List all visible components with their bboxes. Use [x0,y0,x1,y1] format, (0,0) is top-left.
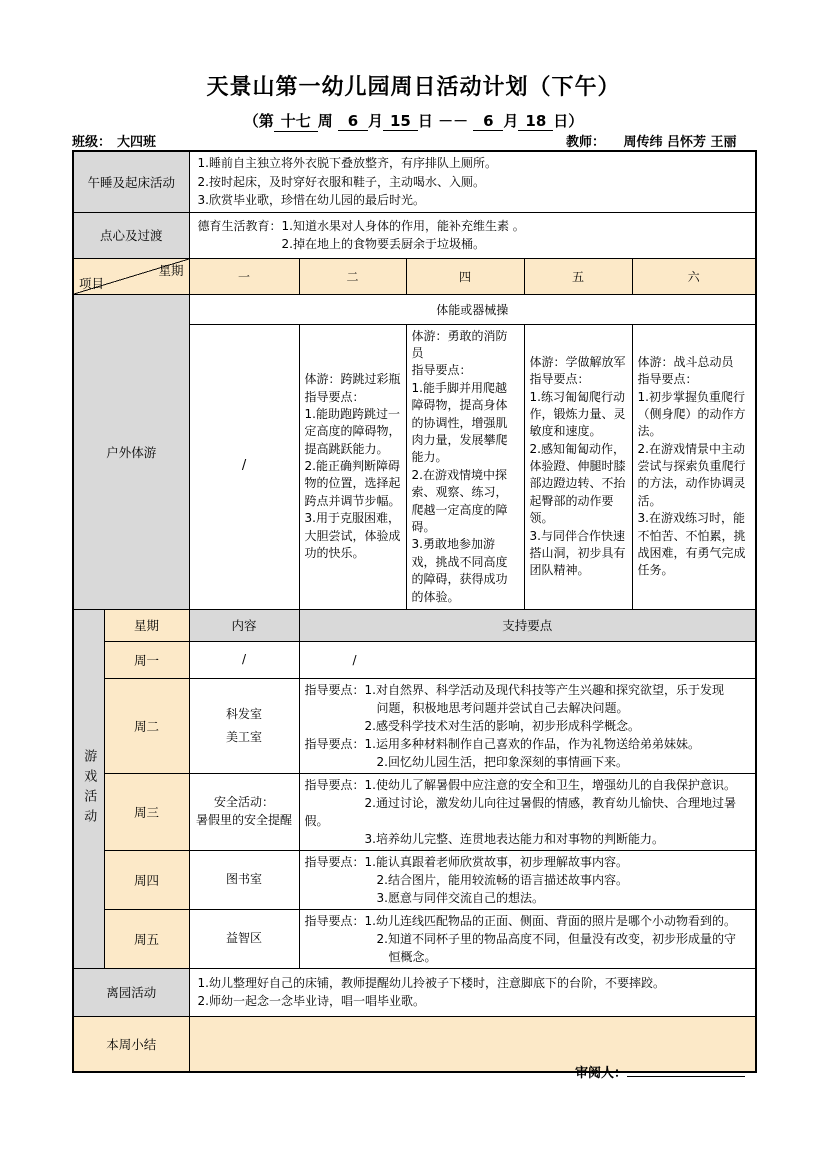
games-day-thu: 周四 [104,850,189,909]
games-header-support: 支持要点 [299,609,756,641]
games-row-thu: 周四 图书室 指导要点：1.能认真跟着老师欣赏故事，初步理解故事内容。 2.结合… [73,850,756,909]
games-row-fri: 周五 益智区 指导要点：1.幼儿连线匹配物品的正面、侧面、背面的照片是哪个小动物… [73,909,756,968]
games-row-tue: 周二 科发室 美工室 指导要点：1.对自然界、科学活动及现代科技等产生兴趣和探究… [73,678,756,773]
games-section-label: 游戏活动 [79,749,98,829]
outdoor-cell-fri: 体游：学做解放军 指导要点： 1.练习匍匐爬行动作，锻炼力量、灵敏度和速度。 2… [524,324,632,609]
subtitle-seg2: 周 [318,112,333,130]
nap-row-content: 1.睡前自主独立将外衣脱下叠放整齐，有序排队上厕所。 2.按时起床，及时穿好衣服… [189,151,756,212]
corner-label-week: 星期 [159,261,184,279]
reviewer-label: 审阅人： [575,1066,627,1081]
games-content-wed: 安全活动： 暑假里的安全提醒 [189,773,299,850]
weekday-header-row: 星期 项目 一 二 四 五 六 [73,258,756,294]
reviewer-line: 审阅人： [575,1062,745,1081]
weekly-plan-table: 午睡及起床活动 1.睡前自主独立将外衣脱下叠放整齐，有序排队上厕所。 2.按时起… [72,150,757,1073]
nap-row-label: 午睡及起床活动 [73,151,189,212]
departure-row: 离园活动 1.幼儿整理好自己的床铺，教师提醒幼儿拎被子下楼时，注意脚底下的台阶，… [73,968,756,1016]
games-support-mon: / [299,641,756,678]
snack-row: 点心及过渡 德育生活教育：1.知道水果对人身体的作用，能补充维生素 。 2.掉在… [73,212,756,258]
class-value: 大四班 [111,131,207,152]
games-content-thu: 图书室 [189,850,299,909]
departure-row-label: 离园活动 [73,968,189,1016]
corner-label-item: 项目 [79,274,104,292]
outdoor-cell-sat: 体游：战斗总动员 指导要点： 1.初步掌握负重爬行（侧身爬）的动作方法。 2.在… [632,324,756,609]
snack-row-label: 点心及过渡 [73,212,189,258]
nap-row: 午睡及起床活动 1.睡前自主独立将外衣脱下叠放整齐，有序排队上厕所。 2.按时起… [73,151,756,212]
page-subtitle: （第十七周 6月15日 －－ 6月18日） [0,110,827,132]
games-day-fri: 周五 [104,909,189,968]
teacher-label: 教师： [566,135,605,150]
games-header-row: 游戏活动 星期 内容 支持要点 [73,609,756,641]
games-header-content: 内容 [189,609,299,641]
exercise-cell: 体能或器械操 [189,294,756,324]
class-teacher-row: 班级：大四班 教师：周传纬 吕怀芳 王丽 [72,131,755,152]
games-header-day: 星期 [104,609,189,641]
games-support-thu: 指导要点：1.能认真跟着老师欣赏故事，初步理解故事内容。 2.结合图片，能用较流… [299,850,756,909]
games-support-tue: 指导要点：1.对自然界、科学活动及现代科技等产生兴趣和探究欲望，乐于发现 问题，… [299,678,756,773]
subtitle-seg3: 月 [368,112,383,130]
reviewer-signature-line [627,1063,745,1077]
class-field: 班级：大四班 [72,131,207,152]
teacher-value: 周传纬 吕怀芳 王丽 [605,131,755,152]
games-content-fri: 益智区 [189,909,299,968]
outdoor-cell-thu: 体游：勇敢的消防员 指导要点： 1.能手脚并用爬越障碍物，提高身体的协调性，增强… [406,324,524,609]
snack-row-content: 德育生活教育：1.知道水果对人身体的作用，能补充维生素 。 2.掉在地上的食物要… [189,212,756,258]
subtitle-seg1: （第 [244,112,274,130]
weekday-header-tue: 二 [299,258,406,294]
summary-row-label: 本周小结 [73,1016,189,1072]
teacher-field: 教师：周传纬 吕怀芳 王丽 [566,131,755,152]
start-month-field: 6 [338,112,368,131]
start-day-field: 15 [383,112,418,131]
subtitle-seg4: 日 [418,112,433,130]
weekday-header-fri: 五 [524,258,632,294]
games-content-mon: / [189,641,299,678]
subtitle-dash: －－ [438,112,468,130]
page-title: 天景山第一幼儿园周日活动计划（下午） [0,70,827,101]
games-row-mon: 周一 / / [73,641,756,678]
departure-row-content: 1.幼儿整理好自己的床铺，教师提醒幼儿拎被子下楼时，注意脚底下的台阶，不要摔跤。… [189,968,756,1016]
games-support-fri: 指导要点：1.幼儿连线匹配物品的正面、侧面、背面的照片是哪个小动物看到的。 2.… [299,909,756,968]
games-row-wed: 周三 安全活动： 暑假里的安全提醒 指导要点：1.使幼儿了解暑假中应注意的安全和… [73,773,756,850]
games-support-wed: 指导要点：1.使幼儿了解暑假中应注意的安全和卫生，增强幼儿的自我保护意识。 2.… [299,773,756,850]
games-day-wed: 周三 [104,773,189,850]
subtitle-seg6: 日） [553,112,583,130]
subtitle-seg5: 月 [503,112,518,130]
document-page: 天景山第一幼儿园周日活动计划（下午） （第十七周 6月15日 －－ 6月18日）… [0,0,827,1170]
games-day-mon: 周一 [104,641,189,678]
games-day-tue: 周二 [104,678,189,773]
games-section-label-cell: 游戏活动 [73,609,104,968]
class-label: 班级： [72,135,111,150]
week-number-field: 十七 [274,110,318,132]
weekday-header-sat: 六 [632,258,756,294]
diagonal-header-cell: 星期 项目 [73,258,189,294]
weekday-header-thu: 四 [406,258,524,294]
exercise-row: 户外体游 体能或器械操 [73,294,756,324]
games-content-tue: 科发室 美工室 [189,678,299,773]
end-month-field: 6 [473,112,503,131]
outdoor-cell-mon: / [189,324,299,609]
outdoor-cell-tue: 体游：跨跳过彩瓶 指导要点： 1.能助跑跨跳过一定高度的障碍物，提高跳跃能力。 … [299,324,406,609]
outdoor-play-label: 户外体游 [73,294,189,609]
weekday-header-mon: 一 [189,258,299,294]
end-day-field: 18 [518,112,553,131]
document-header: 天景山第一幼儿园周日活动计划（下午） （第十七周 6月15日 －－ 6月18日） [0,70,827,132]
